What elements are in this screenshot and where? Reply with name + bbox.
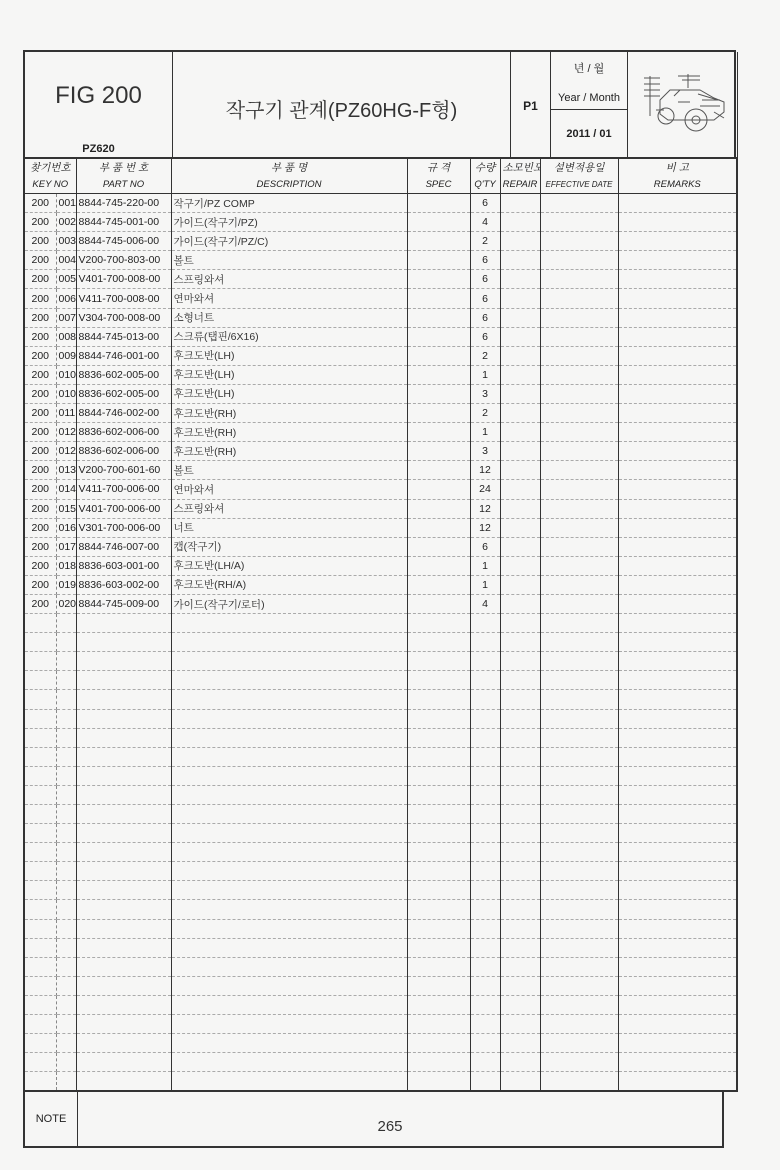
description-cell: 연마와셔 [171, 289, 407, 308]
key-cell: 012 [56, 423, 76, 442]
part-number-cell: V301-700-006-00 [76, 518, 171, 537]
key-cell [56, 824, 76, 843]
table-row: 2000208844-745-009-00가이드(작구기/로터)4 [24, 594, 737, 613]
spec-cell [407, 480, 470, 499]
quantity-cell [470, 843, 500, 862]
quantity-cell: 6 [470, 270, 500, 289]
fig-cell: 200 [24, 365, 56, 384]
fig-cell: 200 [24, 270, 56, 289]
part-number-cell: V200-700-601-60 [76, 461, 171, 480]
description-cell [171, 1034, 407, 1053]
fig-cell [24, 633, 56, 652]
part-number-cell [76, 690, 171, 709]
remarks-cell [618, 518, 737, 537]
empty-table-row [24, 881, 737, 900]
quantity-cell [470, 881, 500, 900]
key-cell [56, 805, 76, 824]
part-number-cell [76, 938, 171, 957]
description-cell [171, 957, 407, 976]
quantity-cell: 12 [470, 499, 500, 518]
part-number-cell: V411-700-008-00 [76, 289, 171, 308]
remarks-cell [618, 423, 737, 442]
empty-table-row [24, 766, 737, 785]
quantity-cell: 6 [470, 251, 500, 270]
description-cell [171, 614, 407, 633]
effective-date-cell [540, 995, 618, 1014]
quantity-cell [470, 671, 500, 690]
key-cell: 015 [56, 499, 76, 518]
part-number-cell: 8844-745-006-00 [76, 232, 171, 251]
col-eff-ko: 설변적용일 [540, 158, 618, 176]
remarks-cell [618, 575, 737, 594]
spec-cell [407, 232, 470, 251]
description-cell [171, 1053, 407, 1072]
effective-date-cell [540, 213, 618, 232]
col-key-en: KEY NO [24, 176, 76, 194]
description-cell: 가이드(작구기/로터) [171, 594, 407, 613]
remarks-cell [618, 194, 737, 213]
repair-cell [500, 575, 540, 594]
remarks-cell [618, 308, 737, 327]
effective-date-cell [540, 881, 618, 900]
part-number-cell: 8836-603-002-00 [76, 575, 171, 594]
quantity-cell: 12 [470, 518, 500, 537]
effective-date-cell [540, 862, 618, 881]
col-part-ko: 부 품 번 호 [76, 158, 171, 176]
empty-table-row [24, 671, 737, 690]
spec-cell [407, 499, 470, 518]
empty-table-row [24, 614, 737, 633]
description-cell [171, 995, 407, 1014]
key-cell [56, 900, 76, 919]
page-code-cell: P1 [511, 52, 551, 157]
table-row: 200014V411-700-006-00연마와셔24 [24, 480, 737, 499]
key-cell [56, 957, 76, 976]
key-cell [56, 633, 76, 652]
remarks-cell [618, 327, 737, 346]
effective-date-cell [540, 499, 618, 518]
spec-cell [407, 824, 470, 843]
description-cell [171, 843, 407, 862]
part-number-cell: V304-700-008-00 [76, 308, 171, 327]
spec-cell [407, 766, 470, 785]
remarks-cell [618, 537, 737, 556]
effective-date-cell [540, 461, 618, 480]
description-cell: 후크도반(LH) [171, 365, 407, 384]
empty-table-row [24, 652, 737, 671]
quantity-cell [470, 614, 500, 633]
repair-cell [500, 843, 540, 862]
fig-cell [24, 976, 56, 995]
repair-cell [500, 308, 540, 327]
effective-date-cell [540, 824, 618, 843]
effective-date-cell [540, 976, 618, 995]
effective-date-cell [540, 690, 618, 709]
effective-date-cell [540, 900, 618, 919]
key-cell: 001 [56, 194, 76, 213]
part-number-cell [76, 1015, 171, 1034]
remarks-cell [618, 1072, 737, 1092]
effective-date-cell [540, 594, 618, 613]
repair-cell [500, 824, 540, 843]
col-eff-en: EFFECTIVE DATE [540, 176, 618, 194]
fig-cell: 200 [24, 308, 56, 327]
quantity-cell [470, 709, 500, 728]
part-number-cell: V401-700-008-00 [76, 270, 171, 289]
spec-cell [407, 862, 470, 881]
part-number-cell [76, 633, 171, 652]
remarks-cell [618, 881, 737, 900]
empty-table-row [24, 690, 737, 709]
part-number-cell: 8836-602-006-00 [76, 423, 171, 442]
description-cell [171, 881, 407, 900]
sheet-header: FIG 200 PZ620 작구기 관계(PZ60HG-F형) P1 년 / 월… [23, 50, 736, 157]
remarks-cell [618, 1015, 737, 1034]
effective-date-cell [540, 365, 618, 384]
fig-cell: 200 [24, 480, 56, 499]
part-number-cell [76, 785, 171, 804]
spec-cell [407, 423, 470, 442]
empty-table-row [24, 824, 737, 843]
key-cell: 002 [56, 213, 76, 232]
repair-cell [500, 785, 540, 804]
quantity-cell: 6 [470, 327, 500, 346]
quantity-cell: 6 [470, 289, 500, 308]
fig-cell [24, 824, 56, 843]
description-cell [171, 728, 407, 747]
fig-cell [24, 728, 56, 747]
spec-cell [407, 881, 470, 900]
empty-table-row [24, 900, 737, 919]
repair-cell [500, 404, 540, 423]
header-row-ko: 찾기번호 부 품 번 호 부 품 명 규 격 수량 소모빈도 설변적용일 비 고 [24, 158, 737, 176]
fig-cell [24, 919, 56, 938]
table-row: 200015V401-700-006-00스프링와셔12 [24, 499, 737, 518]
empty-table-row [24, 633, 737, 652]
part-number-cell [76, 995, 171, 1014]
spec-cell [407, 614, 470, 633]
effective-date-cell [540, 232, 618, 251]
key-cell: 018 [56, 556, 76, 575]
key-cell: 009 [56, 346, 76, 365]
quantity-cell: 12 [470, 461, 500, 480]
part-number-cell: 8844-745-220-00 [76, 194, 171, 213]
remarks-cell [618, 919, 737, 938]
remarks-cell [618, 633, 737, 652]
fig-cell [24, 614, 56, 633]
part-number-cell [76, 843, 171, 862]
col-desc-ko: 부 품 명 [171, 158, 407, 176]
quantity-cell: 6 [470, 194, 500, 213]
year-month-value: 2011 / 01 [551, 128, 627, 140]
key-cell: 011 [56, 404, 76, 423]
remarks-cell [618, 213, 737, 232]
key-cell: 017 [56, 537, 76, 556]
fig-cell [24, 709, 56, 728]
spec-cell [407, 1072, 470, 1092]
description-cell [171, 824, 407, 843]
repair-cell [500, 690, 540, 709]
table-row: 2000098844-746-001-00후크도반(LH)2 [24, 346, 737, 365]
table-row: 2000118844-746-002-00후크도반(RH)2 [24, 404, 737, 423]
repair-cell [500, 709, 540, 728]
description-cell: 작구기/PZ COMP [171, 194, 407, 213]
fig-cell: 200 [24, 232, 56, 251]
key-cell [56, 938, 76, 957]
key-cell [56, 862, 76, 881]
repair-cell [500, 537, 540, 556]
quantity-cell [470, 1015, 500, 1034]
description-cell [171, 690, 407, 709]
description-cell: 캡(작구기) [171, 537, 407, 556]
key-cell: 016 [56, 518, 76, 537]
effective-date-cell [540, 633, 618, 652]
table-row: 200006V411-700-008-00연마와셔6 [24, 289, 737, 308]
description-cell [171, 938, 407, 957]
fig-cell [24, 862, 56, 881]
spec-cell [407, 633, 470, 652]
table-row: 2000108836-602-005-00후크도반(LH)3 [24, 384, 737, 403]
remarks-cell [618, 614, 737, 633]
repair-cell [500, 995, 540, 1014]
fig-cell [24, 805, 56, 824]
spec-cell [407, 671, 470, 690]
remarks-cell [618, 862, 737, 881]
effective-date-cell [540, 518, 618, 537]
table-row: 2000128836-602-006-00후크도반(RH)3 [24, 442, 737, 461]
fig-cell [24, 766, 56, 785]
fig-cell [24, 995, 56, 1014]
table-row: 200016V301-700-006-00너트12 [24, 518, 737, 537]
repair-cell [500, 251, 540, 270]
repair-cell [500, 976, 540, 995]
part-number-cell [76, 614, 171, 633]
key-cell: 012 [56, 442, 76, 461]
key-cell [56, 843, 76, 862]
part-number-cell [76, 900, 171, 919]
repair-cell [500, 766, 540, 785]
fig-cell: 200 [24, 594, 56, 613]
quantity-cell [470, 805, 500, 824]
effective-date-cell [540, 480, 618, 499]
part-number-cell [76, 1053, 171, 1072]
quantity-cell: 3 [470, 384, 500, 403]
description-cell [171, 1072, 407, 1092]
spec-cell [407, 384, 470, 403]
repair-cell [500, 671, 540, 690]
repair-cell [500, 594, 540, 613]
part-number-cell: 8844-745-013-00 [76, 327, 171, 346]
description-cell [171, 747, 407, 766]
remarks-cell [618, 690, 737, 709]
repair-cell [500, 423, 540, 442]
effective-date-cell [540, 575, 618, 594]
quantity-cell [470, 938, 500, 957]
key-cell [56, 1053, 76, 1072]
fig-cell: 200 [24, 556, 56, 575]
description-cell [171, 671, 407, 690]
key-cell [56, 728, 76, 747]
repair-cell [500, 938, 540, 957]
quantity-cell: 1 [470, 556, 500, 575]
quantity-cell [470, 824, 500, 843]
description-cell [171, 785, 407, 804]
quantity-cell [470, 690, 500, 709]
figure-cell: FIG 200 PZ620 [25, 52, 173, 157]
description-cell [171, 919, 407, 938]
effective-date-cell [540, 1072, 618, 1092]
col-desc-en: DESCRIPTION [171, 176, 407, 194]
page-title: 작구기 관계(PZ60HG-F형) [173, 94, 510, 123]
description-cell: 너트 [171, 518, 407, 537]
part-number-cell [76, 728, 171, 747]
repair-cell [500, 728, 540, 747]
empty-table-row [24, 709, 737, 728]
remarks-cell [618, 652, 737, 671]
key-cell: 007 [56, 308, 76, 327]
empty-table-row [24, 976, 737, 995]
fig-cell: 200 [24, 537, 56, 556]
effective-date-cell [540, 384, 618, 403]
quantity-cell [470, 1034, 500, 1053]
fig-cell [24, 690, 56, 709]
fig-cell [24, 957, 56, 976]
remarks-cell [618, 785, 737, 804]
spec-cell [407, 270, 470, 289]
remarks-cell [618, 938, 737, 957]
fig-cell [24, 785, 56, 804]
description-cell [171, 862, 407, 881]
fig-cell: 200 [24, 327, 56, 346]
spec-cell [407, 1034, 470, 1053]
description-cell: 후크도반(RH) [171, 404, 407, 423]
remarks-cell [618, 709, 737, 728]
fig-cell: 200 [24, 423, 56, 442]
part-number-cell [76, 824, 171, 843]
part-number-cell: V401-700-006-00 [76, 499, 171, 518]
repair-cell [500, 213, 540, 232]
key-cell [56, 919, 76, 938]
part-number-cell: V200-700-803-00 [76, 251, 171, 270]
empty-table-row [24, 805, 737, 824]
empty-table-row [24, 957, 737, 976]
part-number-cell [76, 957, 171, 976]
remarks-cell [618, 232, 737, 251]
key-cell [56, 995, 76, 1014]
repair-cell [500, 518, 540, 537]
table-row: 2000038844-745-006-00가이드(작구기/PZ/C)2 [24, 232, 737, 251]
remarks-cell [618, 671, 737, 690]
quantity-cell: 2 [470, 232, 500, 251]
parts-table: 찾기번호 부 품 번 호 부 품 명 규 격 수량 소모빈도 설변적용일 비 고… [23, 157, 738, 1092]
key-cell [56, 785, 76, 804]
remarks-cell [618, 480, 737, 499]
table-row: 2000028844-745-001-00가이드(작구기/PZ)4 [24, 213, 737, 232]
remarks-cell [618, 1053, 737, 1072]
remarks-cell [618, 766, 737, 785]
remarks-cell [618, 728, 737, 747]
col-spec-ko: 규 격 [407, 158, 470, 176]
key-cell: 013 [56, 461, 76, 480]
empty-table-row [24, 938, 737, 957]
key-cell: 010 [56, 365, 76, 384]
repair-cell [500, 900, 540, 919]
repair-cell [500, 805, 540, 824]
repair-cell [500, 499, 540, 518]
fig-cell: 200 [24, 251, 56, 270]
remarks-cell [618, 594, 737, 613]
quantity-cell: 3 [470, 442, 500, 461]
quantity-cell [470, 747, 500, 766]
quantity-cell: 1 [470, 365, 500, 384]
empty-table-row [24, 747, 737, 766]
part-number-cell: 8844-746-002-00 [76, 404, 171, 423]
spec-cell [407, 289, 470, 308]
empty-table-row [24, 995, 737, 1014]
fig-cell [24, 652, 56, 671]
remarks-cell [618, 289, 737, 308]
spec-cell [407, 442, 470, 461]
part-number-cell [76, 652, 171, 671]
part-number-cell [76, 1034, 171, 1053]
effective-date-cell [540, 957, 618, 976]
effective-date-cell [540, 404, 618, 423]
fig-cell [24, 1072, 56, 1092]
empty-table-row [24, 728, 737, 747]
remarks-cell [618, 346, 737, 365]
table-row: 2000128836-602-006-00후크도반(RH)1 [24, 423, 737, 442]
quantity-cell: 24 [470, 480, 500, 499]
year-month-label-ko: 년 / 월 [551, 60, 627, 76]
key-cell: 004 [56, 251, 76, 270]
description-cell: 후크도반(RH) [171, 442, 407, 461]
effective-date-cell [540, 556, 618, 575]
remarks-cell [618, 461, 737, 480]
key-cell [56, 976, 76, 995]
remarks-cell [618, 976, 737, 995]
spec-cell [407, 938, 470, 957]
effective-date-cell [540, 346, 618, 365]
divider [551, 109, 627, 110]
table-row: 2000018844-745-220-00작구기/PZ COMP6 [24, 194, 737, 213]
part-number-cell [76, 919, 171, 938]
effective-date-cell [540, 537, 618, 556]
fig-cell: 200 [24, 289, 56, 308]
col-part-en: PART NO [76, 176, 171, 194]
table-row: 2000178844-746-007-00캡(작구기)6 [24, 537, 737, 556]
effective-date-cell [540, 709, 618, 728]
effective-date-cell [540, 766, 618, 785]
quantity-cell [470, 1072, 500, 1092]
quantity-cell: 6 [470, 537, 500, 556]
key-cell [56, 1034, 76, 1053]
repair-cell [500, 270, 540, 289]
effective-date-cell [540, 843, 618, 862]
spec-cell [407, 919, 470, 938]
part-number-cell [76, 766, 171, 785]
description-cell: 가이드(작구기/PZ/C) [171, 232, 407, 251]
quantity-cell [470, 995, 500, 1014]
fig-cell [24, 881, 56, 900]
header-row-en: KEY NO PART NO DESCRIPTION SPEC Q'TY REP… [24, 176, 737, 194]
spec-cell [407, 251, 470, 270]
remarks-cell [618, 442, 737, 461]
fig-cell [24, 671, 56, 690]
part-number-cell: 8844-745-009-00 [76, 594, 171, 613]
fig-cell [24, 747, 56, 766]
spec-cell [407, 594, 470, 613]
spec-cell [407, 213, 470, 232]
